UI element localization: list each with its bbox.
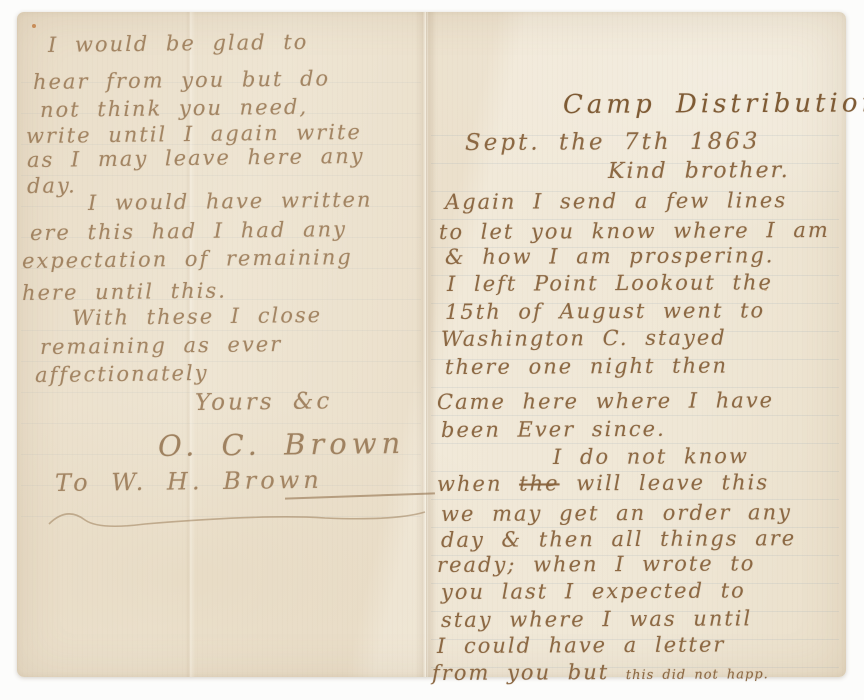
date-line: Sept. the 7th 1863 bbox=[465, 128, 761, 156]
letter-line: expectation of remaining bbox=[22, 244, 353, 274]
struck-word: the bbox=[519, 471, 560, 495]
letter-sheet: I would be glad to hear from you but do … bbox=[17, 12, 846, 677]
letter-line: we may get an order any bbox=[441, 499, 792, 527]
last-line-small: this did not happ. bbox=[626, 667, 769, 683]
letter-line-with-strikethrough: when the will leave this bbox=[437, 469, 769, 497]
letter-line: here until this. bbox=[22, 277, 227, 306]
letter-line: Came here where I have bbox=[437, 387, 774, 415]
letter-line: as I may leave here any bbox=[27, 143, 365, 173]
last-line-main: from you but bbox=[432, 660, 626, 685]
addressee-line: To W. H. Brown bbox=[55, 467, 323, 496]
pen-flourish-swash bbox=[41, 500, 431, 530]
letter-line: not think you need, bbox=[40, 94, 308, 123]
letter-line: affectionately bbox=[35, 360, 209, 388]
letter-line: I left Point Lookout the bbox=[447, 269, 773, 297]
strike-after: will leave this bbox=[559, 470, 769, 495]
foxing-spot bbox=[32, 24, 36, 28]
letter-line: Washington C. stayed bbox=[441, 325, 727, 352]
letter-line: you last I expected to bbox=[441, 577, 746, 605]
signature: O. C. Brown bbox=[158, 430, 406, 459]
letter-line: I do not know bbox=[553, 443, 749, 470]
letter-line-last: from you but this did not happ. bbox=[432, 658, 769, 690]
salutation: Kind brother. bbox=[608, 158, 790, 185]
center-fold-line bbox=[426, 12, 427, 677]
letter-line: 15th of August went to bbox=[445, 297, 765, 325]
letter-line: ere this had I had any bbox=[30, 216, 347, 246]
letter-line: ready; when I wrote to bbox=[437, 550, 756, 578]
letter-line: I would be glad to bbox=[48, 29, 309, 58]
letter-photograph: I would be glad to hear from you but do … bbox=[0, 0, 864, 700]
letter-line: hear from you but do bbox=[33, 65, 330, 95]
letter-line: I could have a letter bbox=[437, 631, 726, 659]
letter-line: been Ever since. bbox=[441, 416, 666, 443]
letter-line: remaining as ever bbox=[40, 331, 283, 360]
valediction: Yours &c bbox=[195, 388, 333, 416]
place-line: Camp Distribution bbox=[563, 90, 864, 118]
letter-line: Again I send a few lines bbox=[445, 187, 787, 215]
letter-line: there one night then bbox=[445, 353, 728, 380]
letter-line: day & then all things are bbox=[441, 525, 796, 553]
letter-line: With these I close bbox=[72, 302, 322, 331]
letter-line: I would have written bbox=[88, 187, 373, 216]
letter-line: stay where I was until bbox=[441, 605, 752, 633]
letter-line: to let you know where I am bbox=[439, 217, 830, 245]
letter-line: & how I am prospering. bbox=[445, 242, 775, 270]
letter-line: day. bbox=[27, 172, 77, 199]
strike-before: when bbox=[437, 472, 519, 496]
